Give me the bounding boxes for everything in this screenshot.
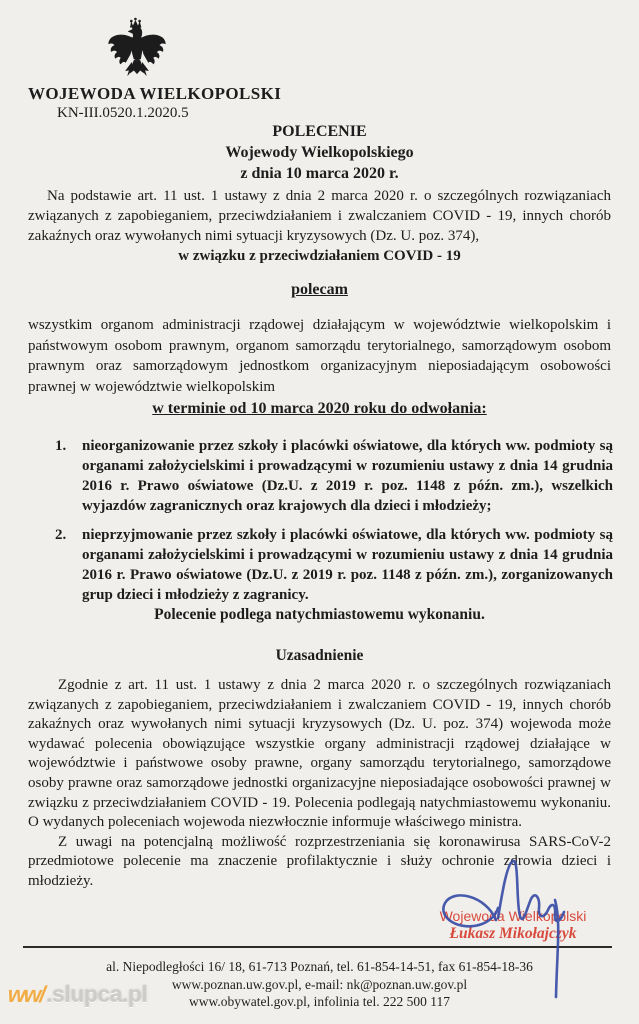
justification-paragraph-1: Zgodnie z art. 11 ust. 1 ustawy z dnia 2… bbox=[28, 676, 611, 833]
footer-address-line: al. Niepodległości 16/ 18, 61-713 Poznań… bbox=[0, 958, 639, 976]
title-line-2: Wojewody Wielkopolskiego bbox=[0, 142, 639, 163]
justification-paragraph-2: Z uwagi na potencjalną możliwość rozprze… bbox=[28, 833, 611, 892]
list-item: 2. nieprzyjmowanie przez szkoły i placów… bbox=[28, 525, 613, 605]
execution-note: Polecenie podlega natychmiastowemu wykon… bbox=[0, 606, 639, 624]
list-item: 1. nieorganizowanie przez szkoły i placó… bbox=[28, 436, 613, 516]
stamp-office-line: Wojewoda Wielkopolski bbox=[438, 907, 588, 925]
covid-context-line: w związku z przeciwdziałaniem COVID - 19 bbox=[28, 246, 611, 266]
title-line-1: POLECENIE bbox=[0, 121, 639, 142]
footer-divider bbox=[23, 946, 612, 948]
reference-number: KN-III.0520.1.2020.5 bbox=[57, 105, 189, 122]
watermark-site-text: .slupca.pl bbox=[46, 981, 147, 1008]
term-heading: w terminie od 10 marca 2020 roku do odwo… bbox=[0, 400, 639, 418]
list-item-text: nieprzyjmowanie przez szkoły i placówki … bbox=[82, 525, 613, 605]
signature-stamp: Wojewoda Wielkopolski Łukasz Mikołajczyk bbox=[438, 907, 588, 943]
preamble-section: Na podstawie art. 11 ust. 1 ustawy z dni… bbox=[28, 186, 611, 266]
legal-basis-paragraph: Na podstawie art. 11 ust. 1 ustawy z dni… bbox=[28, 186, 611, 246]
list-item-number: 2. bbox=[28, 525, 82, 605]
slupca-pl-watermark-logo: ww/ .slupca.pl bbox=[8, 981, 147, 1008]
list-item-number: 1. bbox=[28, 436, 82, 516]
justification-section: Zgodnie z art. 11 ust. 1 ustawy z dnia 2… bbox=[28, 676, 611, 892]
list-item-text: nieorganizowanie przez szkoły i placówki… bbox=[82, 436, 613, 516]
polecam-heading: polecam bbox=[0, 281, 639, 299]
orders-list: 1. nieorganizowanie przez szkoły i placó… bbox=[28, 436, 613, 614]
watermark-ww-icon: ww/ bbox=[5, 981, 47, 1008]
title-line-3: z dnia 10 marca 2020 r. bbox=[0, 163, 639, 184]
stamp-name-line: Łukasz Mikołajczyk bbox=[438, 925, 588, 943]
polish-eagle-emblem-icon bbox=[106, 13, 168, 87]
addressees-paragraph: wszystkim organom administracji rządowej… bbox=[28, 315, 611, 397]
justification-heading: Uzasadnienie bbox=[0, 647, 639, 665]
scanned-document-page: WOJEWODA WIELKOPOLSKI KN-III.0520.1.2020… bbox=[0, 0, 639, 1024]
issuing-office: WOJEWODA WIELKOPOLSKI bbox=[28, 84, 281, 104]
document-title: POLECENIE Wojewody Wielkopolskiego z dni… bbox=[0, 121, 639, 184]
